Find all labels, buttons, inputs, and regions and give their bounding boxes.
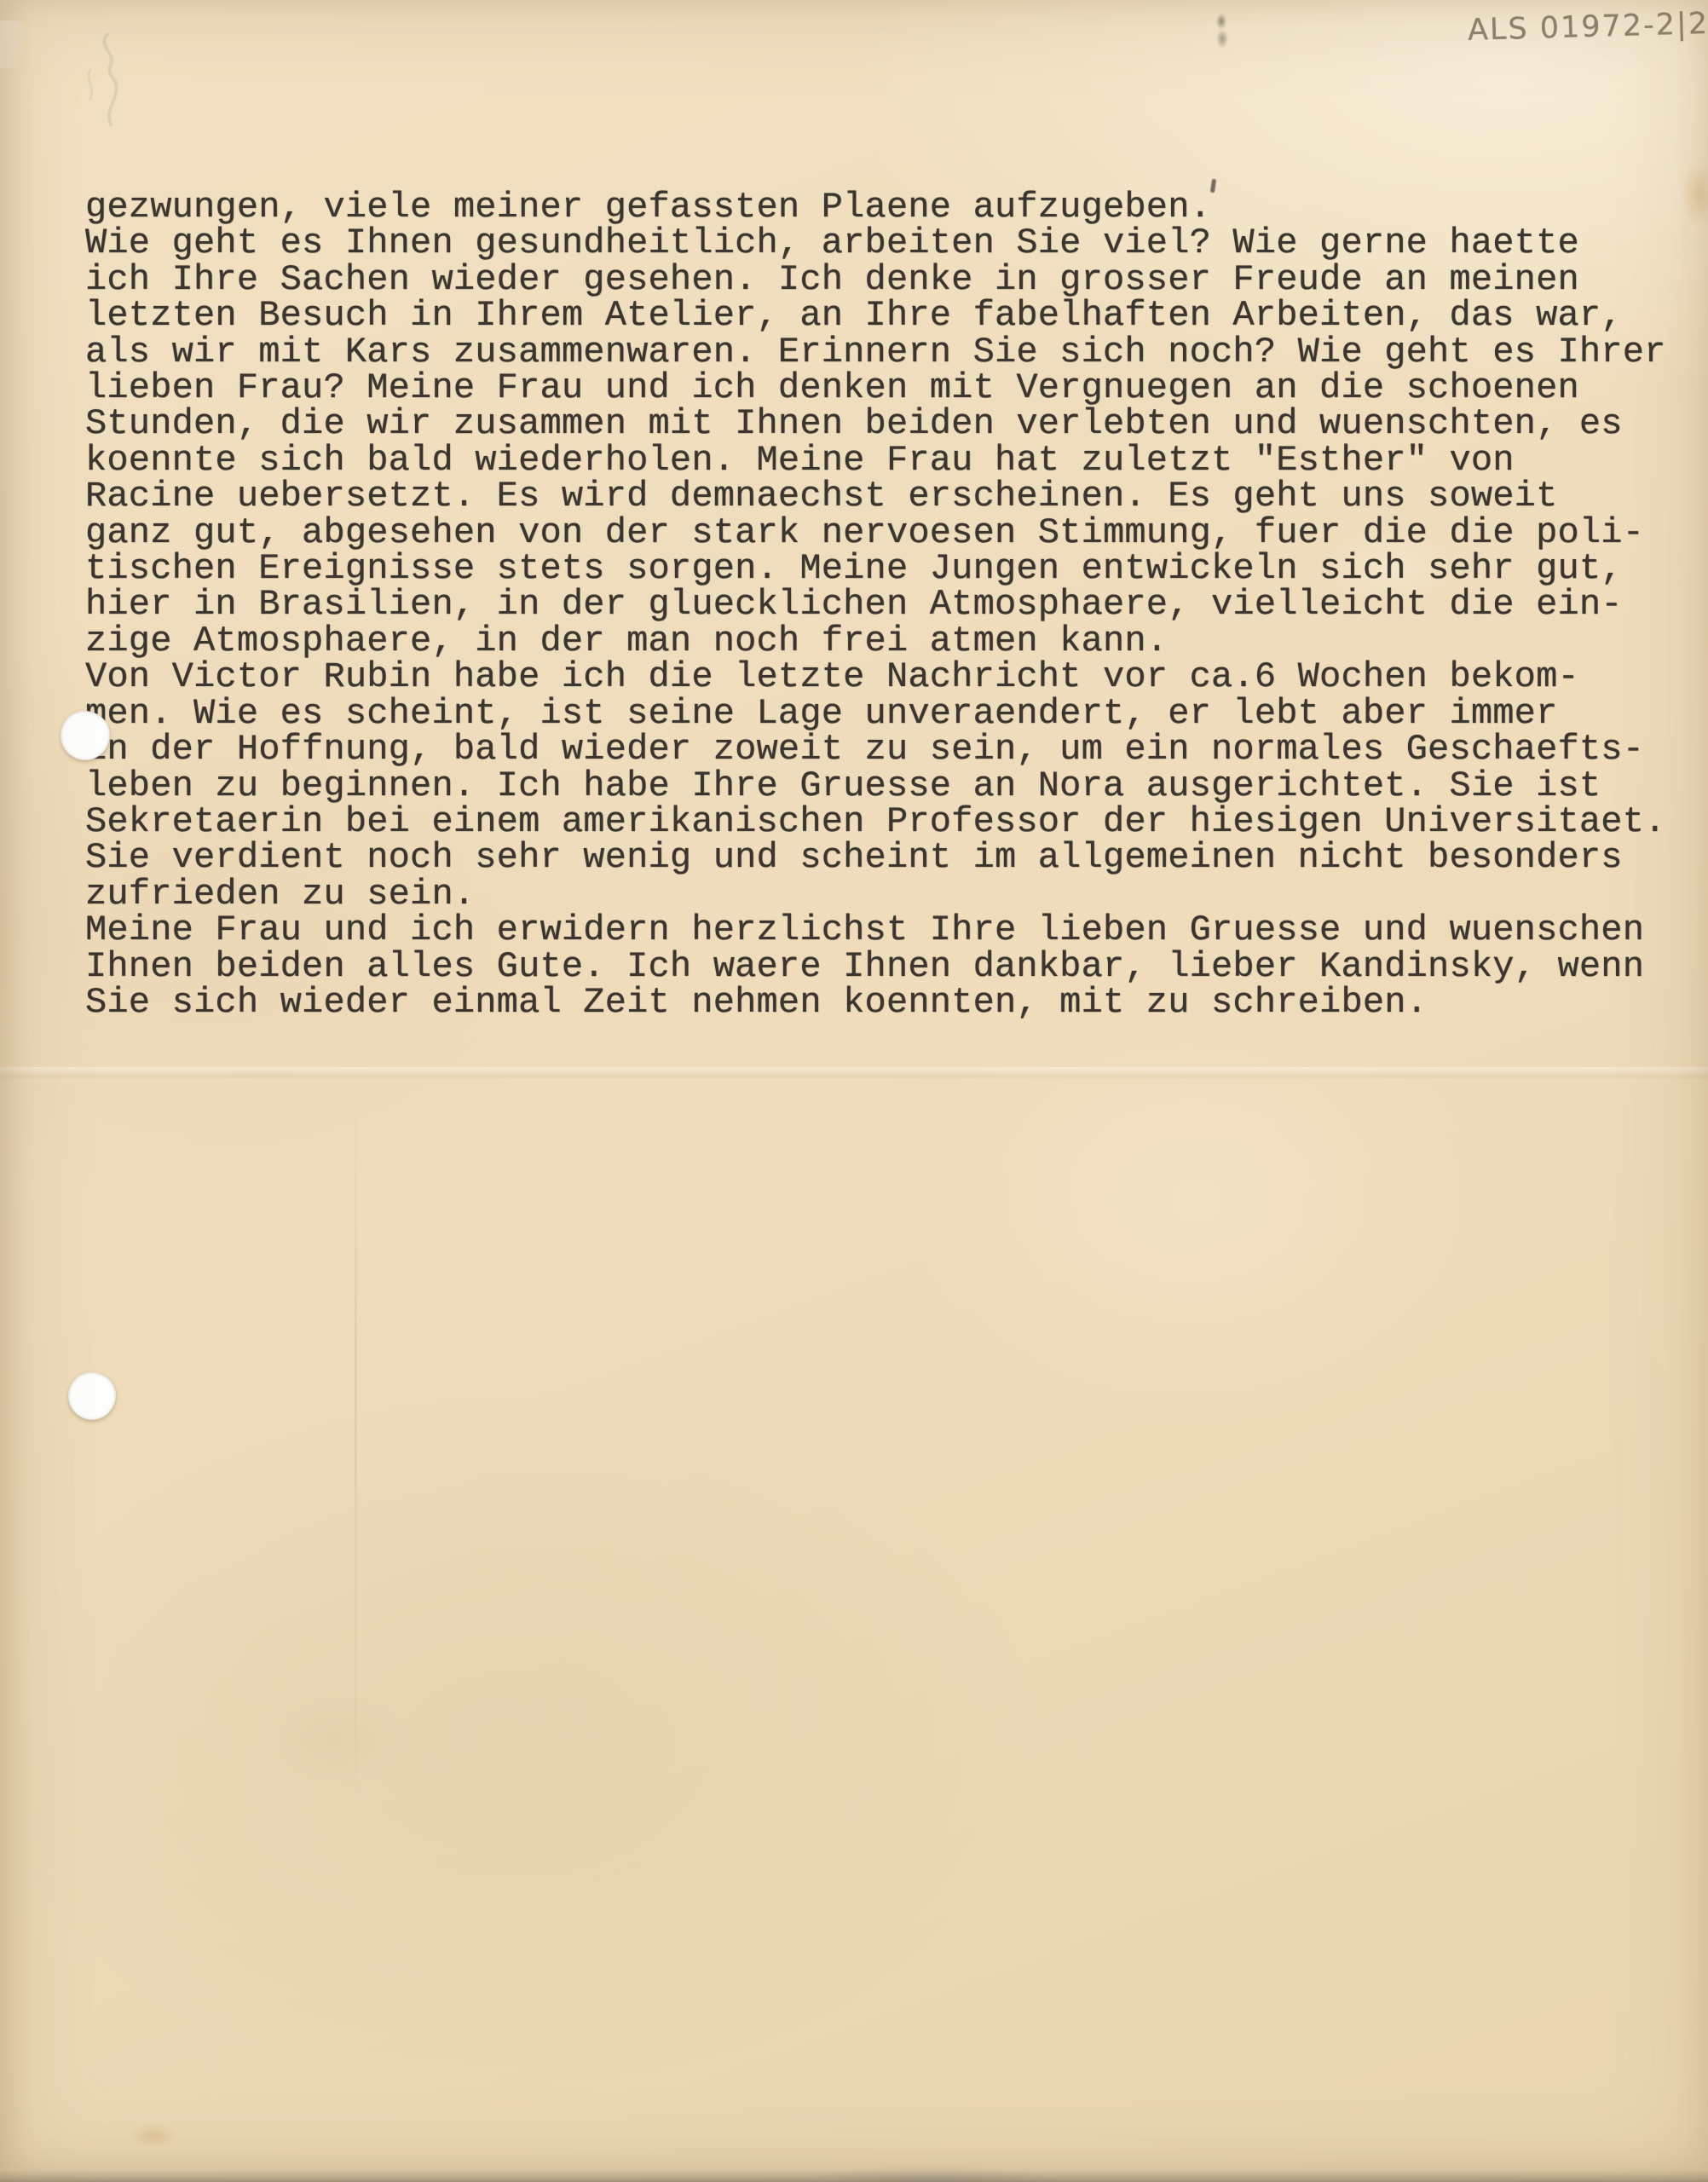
fold-crease-horizontal [0, 1067, 1708, 1079]
ink-smudge [1212, 10, 1231, 55]
faint-pencil-mark [82, 27, 150, 130]
letter-line: ich Ihre Sachen wieder gesehen. Ich denk… [85, 262, 1666, 297]
letter-line: hier in Brasilien, in der gluecklichen A… [85, 586, 1666, 622]
letter-line: Wie geht es Ihnen gesundheitlich, arbeit… [85, 225, 1666, 261]
scan-bottom-edge [0, 2170, 1708, 2182]
letter-line: ganz gut, abgesehen von der stark nervoe… [85, 515, 1666, 551]
hole-punch-top [61, 711, 110, 760]
letter-line: tischen Ereignisse stets sorgen. Meine J… [85, 551, 1666, 586]
letter-line: Von Victor Rubin habe ich die letzte Nac… [85, 659, 1666, 695]
letter-line: zufrieden zu sein. [85, 876, 1666, 912]
letter-line: leben zu beginnen. Ich habe Ihre Gruesse… [85, 768, 1666, 804]
typewritten-text-block: gezwungen, viele meiner gefassten Plaene… [85, 189, 1666, 1020]
paper-stain [1664, 143, 1708, 245]
hole-punch-bottom [68, 1372, 116, 1420]
paper-stain [256, 1688, 409, 1790]
letter-line: koennte sich bald wiederholen. Meine Fra… [85, 442, 1666, 478]
letter-line: men. Wie es scheint, ist seine Lage unve… [85, 696, 1666, 731]
letter-line: gezwungen, viele meiner gefassten Plaene… [85, 189, 1666, 225]
letter-line: Stunden, die wir zusammen mit Ihnen beid… [85, 406, 1666, 442]
letter-line: lieben Frau? Meine Frau und ich denken m… [85, 370, 1666, 406]
letter-line: Sekretaerin bei einem amerikanischen Pro… [85, 804, 1666, 840]
letter-line: Meine Frau und ich erwidern herzlichst I… [85, 912, 1666, 948]
letter-page: ALS 01972-2|2 gezwungen, viele meiner ge… [0, 0, 1708, 2182]
archive-number-annotation: ALS 01972-2|2 [1467, 7, 1706, 48]
paper-edge-chip [0, 20, 29, 68]
letter-line: Racine uebersetzt. Es wird demnaechst er… [85, 478, 1666, 514]
letter-line: zige Atmosphaere, in der man noch frei a… [85, 623, 1666, 659]
fold-crease-vertical [355, 1082, 357, 1815]
letter-line: Sie verdient noch sehr wenig und scheint… [85, 840, 1666, 875]
letter-line: Sie sich wieder einmal Zeit nehmen koenn… [85, 984, 1666, 1020]
letter-line: in der Hoffnung, bald wieder zoweit zu s… [85, 731, 1666, 767]
letter-line: letzten Besuch in Ihrem Atelier, an Ihre… [85, 297, 1666, 333]
letter-line: Ihnen beiden alles Gute. Ich waere Ihnen… [85, 949, 1666, 984]
letter-line: als wir mit Kars zusammenwaren. Erinnern… [85, 334, 1666, 370]
paper-stain [128, 2122, 179, 2148]
